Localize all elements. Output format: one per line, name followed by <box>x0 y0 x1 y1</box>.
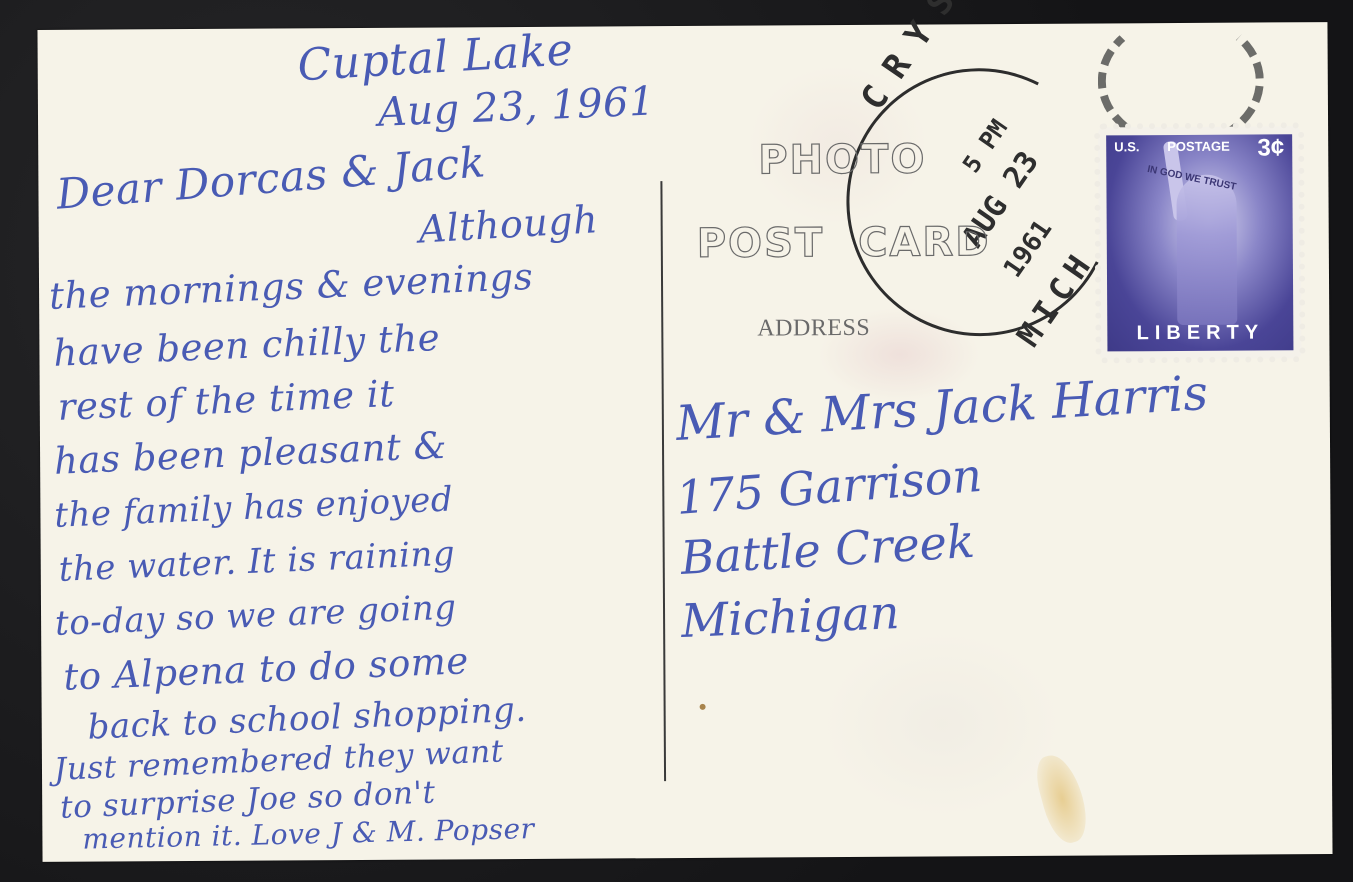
stamp-country: U.S. <box>1114 139 1139 163</box>
recipient-city: Battle Creek <box>679 514 976 585</box>
recipient-street: 175 Garrison <box>674 448 983 525</box>
message-line: rest of the time it <box>57 372 395 429</box>
stamp-image: U.S. POSTAGE 3¢ IN GOD WE TRUST LIBERTY <box>1106 134 1293 351</box>
statue-of-liberty-icon <box>1176 175 1237 325</box>
postage-stamp: U.S. POSTAGE 3¢ IN GOD WE TRUST LIBERTY <box>1098 126 1301 359</box>
water-stain <box>1031 750 1093 847</box>
message-location: Cuptal Lake <box>296 24 574 91</box>
message-line: to-day so we are going <box>54 587 457 643</box>
message-line: to Alpena to do some <box>63 639 470 699</box>
printed-address-label: ADDRESS <box>757 315 870 343</box>
message-date: Aug 23, 1961 <box>377 79 656 136</box>
ink-spot <box>700 704 706 710</box>
printed-header-photo: PHOTO <box>758 140 926 181</box>
message-line: have been chilly the <box>53 316 441 375</box>
recipient-name: Mr & Mrs Jack Harris <box>674 365 1209 452</box>
message-line: Although <box>417 197 599 251</box>
message-line: has been pleasant & <box>53 424 448 483</box>
message-line: the mornings & evenings <box>48 255 534 318</box>
postcard-back: CRYS.A 5 PM AUG 23 1961 MICH PHOTO POST … <box>37 22 1332 862</box>
message-line: the water. It is raining <box>58 534 456 590</box>
message-line: the family has enjoyed <box>54 480 454 536</box>
stamp-caption: LIBERTY <box>1107 321 1293 345</box>
center-divider-line <box>660 181 665 781</box>
stamp-label: POSTAGE <box>1167 139 1230 163</box>
stamp-header: U.S. POSTAGE 3¢ <box>1114 138 1284 163</box>
stamp-value: 3¢ <box>1257 134 1284 162</box>
printed-header-postcard: POST CARD <box>697 222 991 264</box>
recipient-state: Michigan <box>680 585 900 648</box>
